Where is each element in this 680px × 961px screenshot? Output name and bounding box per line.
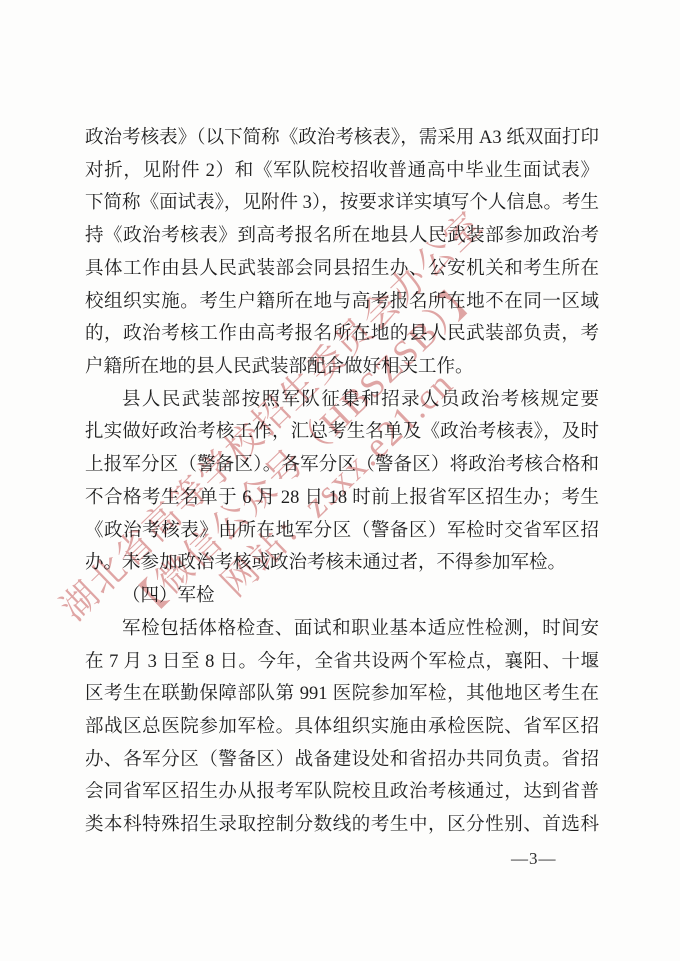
text-line: 《政治考核表》由所在地军分区（警备区）军检时交省军区招生 (85, 515, 599, 548)
text-line: 具体工作由县人民武装部会同县招生办、公安机关和考生所在学 (85, 253, 599, 286)
text-line: 会同省军区招生办从报考军队院校且政治考核通过，达到省普通 (85, 776, 599, 809)
page-number: —3— (511, 849, 557, 869)
text-line: 的，政治考核工作由高考报名所在地的县人民武装部负责，考生 (85, 318, 599, 351)
text-line: 上报军分区（警备区）。各军分区（警备区）将政治考核合格和 (85, 449, 599, 482)
text-line: 对折，见附件 2）和《军队院校招收普通高中毕业生面试表》（以 (85, 155, 599, 188)
text-line: 县人民武装部按照军队征集和招录人员政治考核规定要求， (85, 384, 599, 417)
text-line: 类本科特殊招生录取控制分数线的考生中，区分性别、首选科目， (85, 809, 599, 842)
text-line: 军检包括体格检查、面试和职业基本适应性检测，时间安排 (85, 613, 599, 646)
document-page: 湖北省高等学校招生委员会办公室【微信公众号（HBSZSB）】网站：zsxx.e2… (0, 0, 680, 961)
text-line: 办。未参加政治考核或政治考核未通过者，不得参加军检。 (85, 547, 599, 580)
body-text: 政治考核表》（以下简称《政治考核表》，需采用 A3 纸双面打印对折，见附件 2）… (85, 122, 599, 842)
text-line: 办、各军分区（警备区）战备建设处和省招办共同负责。省招办 (85, 744, 599, 777)
text-line: 下简称《面试表》，见附件 3），按要求详实填写个人信息。考生 (85, 187, 599, 220)
text-line: 持《政治考核表》到高考报名所在地县人民武装部参加政治考核。 (85, 220, 599, 253)
text-line: 政治考核表》（以下简称《政治考核表》，需采用 A3 纸双面打印 (85, 122, 599, 155)
text-line: 校组织实施。考生户籍所在地与高考报名所在地不在同一区域 (85, 286, 599, 319)
text-line: 在 7 月 3 日至 8 日。今年，全省共设两个军检点，襄阳、十堰地 (85, 646, 599, 679)
text-line: 部战区总医院参加军检。具体组织实施由承检医院、省军区招生 (85, 711, 599, 744)
text-line: 区考生在联勤保障部队第 991 医院参加军检，其他地区考生在中 (85, 678, 599, 711)
text-line: 不合格考生名单于 6 月 28 日 18 时前上报省军区招生办；考生的 (85, 482, 599, 515)
text-line: 户籍所在地的县人民武装部配合做好相关工作。 (85, 351, 599, 384)
text-line: 扎实做好政治考核工作，汇总考生名单及《政治考核表》，及时 (85, 416, 599, 449)
text-line: （四）军检 (85, 580, 599, 613)
